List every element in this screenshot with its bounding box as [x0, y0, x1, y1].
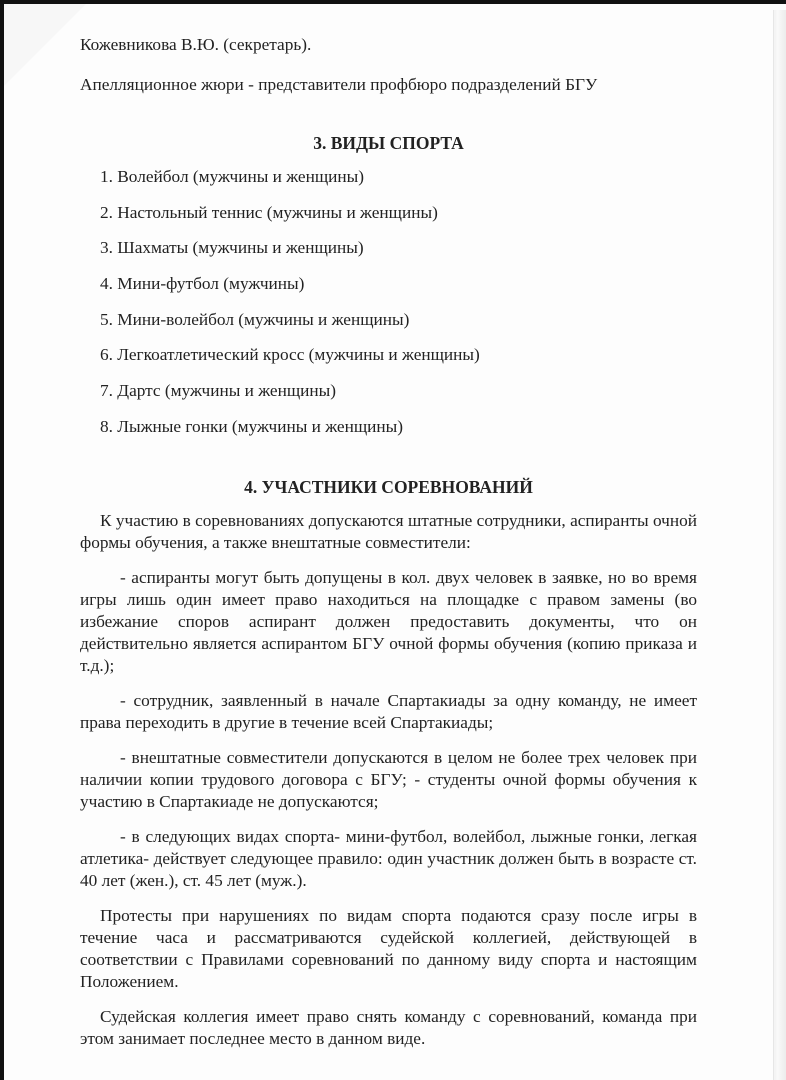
secretary-line: Кожевникова В.Ю. (секретарь).: [80, 34, 697, 56]
scan-edge-right: [773, 10, 786, 1080]
sport-item: 4. Мини-футбол (мужчины): [100, 273, 697, 295]
sport-item: 6. Легкоатлетический кросс (мужчины и же…: [100, 344, 697, 366]
employee-team-rule: - сотрудник, заявленный в начале Спартак…: [80, 690, 697, 734]
scan-corner-fold: [0, 0, 90, 90]
protests-paragraph: Протесты при нарушениях по видам спорта …: [80, 905, 697, 993]
sport-item: 8. Лыжные гонки (мужчины и женщины): [100, 416, 697, 438]
sport-item: 5. Мини-волейбол (мужчины и женщины): [100, 309, 697, 331]
sport-item: 1. Волейбол (мужчины и женщины): [100, 166, 697, 188]
sport-item: 7. Дартс (мужчины и женщины): [100, 380, 697, 402]
section-3-heading: 3. ВИДЫ СПОРТА: [80, 132, 697, 154]
external-staff-rule: - внештатные совместители допускаются в …: [80, 747, 697, 813]
disqualification-paragraph: Судейская коллегия имеет право снять ком…: [80, 1006, 697, 1050]
appeal-jury-line: Апелляционное жюри - представители профб…: [80, 74, 697, 96]
sports-list: 1. Волейбол (мужчины и женщины) 2. Насто…: [80, 166, 697, 438]
participants-intro-paragraph: К участию в соревнованиях допускаются шт…: [80, 510, 697, 554]
sport-item: 2. Настольный теннис (мужчины и женщины): [100, 202, 697, 224]
age-rule: - в следующих видах спорта- мини-футбол,…: [80, 826, 697, 892]
scan-edge-top: [0, 0, 786, 4]
graduate-students-rule: - аспиранты могут быть допущены в кол. д…: [80, 567, 697, 677]
sport-item: 3. Шахматы (мужчины и женщины): [100, 237, 697, 259]
scan-edge-left: [0, 0, 4, 1080]
document-page: Кожевникова В.Ю. (секретарь). Апелляцион…: [80, 34, 697, 1063]
section-4-heading: 4. УЧАСТНИКИ СОРЕВНОВАНИЙ: [80, 476, 697, 498]
